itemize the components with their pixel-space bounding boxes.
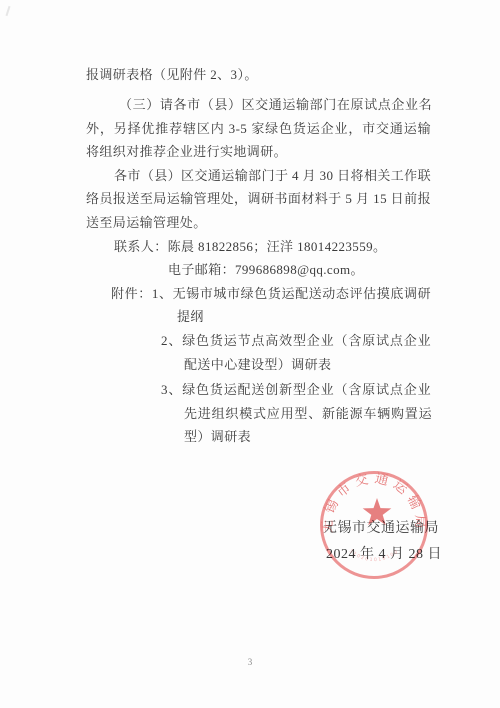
- seal-serial-number: 320201010100: [348, 548, 400, 563]
- body-line-2: （三）请各市（县）区交通运输部门在原试点企业名单: [119, 93, 432, 117]
- body-line-3: 外，另择优推荐辖区内 3-5 家绿色货运企业，市交通运输局: [86, 117, 431, 141]
- scan-artifact: [6, 6, 11, 16]
- body-line-12: 2、绿色货运节点高效型企业（含原试点企业中: [161, 329, 431, 353]
- body-line-6: 络员报送至局运输管理处，调研书面材料于 5 月 15 日前报: [86, 187, 431, 211]
- svg-text:无锡市交通运输局: 无锡市交通运输局: [320, 470, 428, 533]
- letter-body: 报调研表格（见附件 2、3）。 （三）请各市（县）区交通运输部门在原试点企业名单…: [86, 63, 431, 449]
- body-line-9: 电子邮箱：799686898@qq.com。: [168, 258, 431, 282]
- body-line-16: 型）调研表: [184, 425, 431, 449]
- seal-arc-text: 无锡市交通运输局: [320, 470, 428, 533]
- page-number: 3: [0, 657, 500, 667]
- body-line-14: 3、绿色货运配送创新型企业（含原试点企业中: [161, 378, 431, 402]
- star-icon: [363, 498, 392, 525]
- body-line-13: 配送中心建设型）调研表: [184, 353, 431, 377]
- body-line-15: 先进组织模式应用型、新能源车辆购置运营: [184, 402, 432, 426]
- body-line-4: 将组织对推荐企业进行实地调研。: [86, 140, 431, 164]
- body-line-8: 联系人：陈晨 81822856；汪洋 18014223559。: [114, 235, 431, 259]
- official-seal: 无锡市交通运输局 320201010100: [314, 465, 434, 585]
- body-line-5: 各市（县）区交通运输部门于 4 月 30 日将相关工作联: [114, 164, 431, 188]
- document-page: 报调研表格（见附件 2、3）。 （三）请各市（县）区交通运输部门在原试点企业名单…: [0, 0, 500, 708]
- svg-text:320201010100: 320201010100: [348, 548, 400, 563]
- body-line-10: 附件：1、无锡市城市绿色货运配送动态评估摸底调研: [111, 282, 431, 306]
- body-line-7: 送至局运输管理处。: [86, 211, 431, 235]
- body-line-11: 提纲: [177, 305, 431, 329]
- body-line-1: 报调研表格（见附件 2、3）。: [86, 63, 431, 87]
